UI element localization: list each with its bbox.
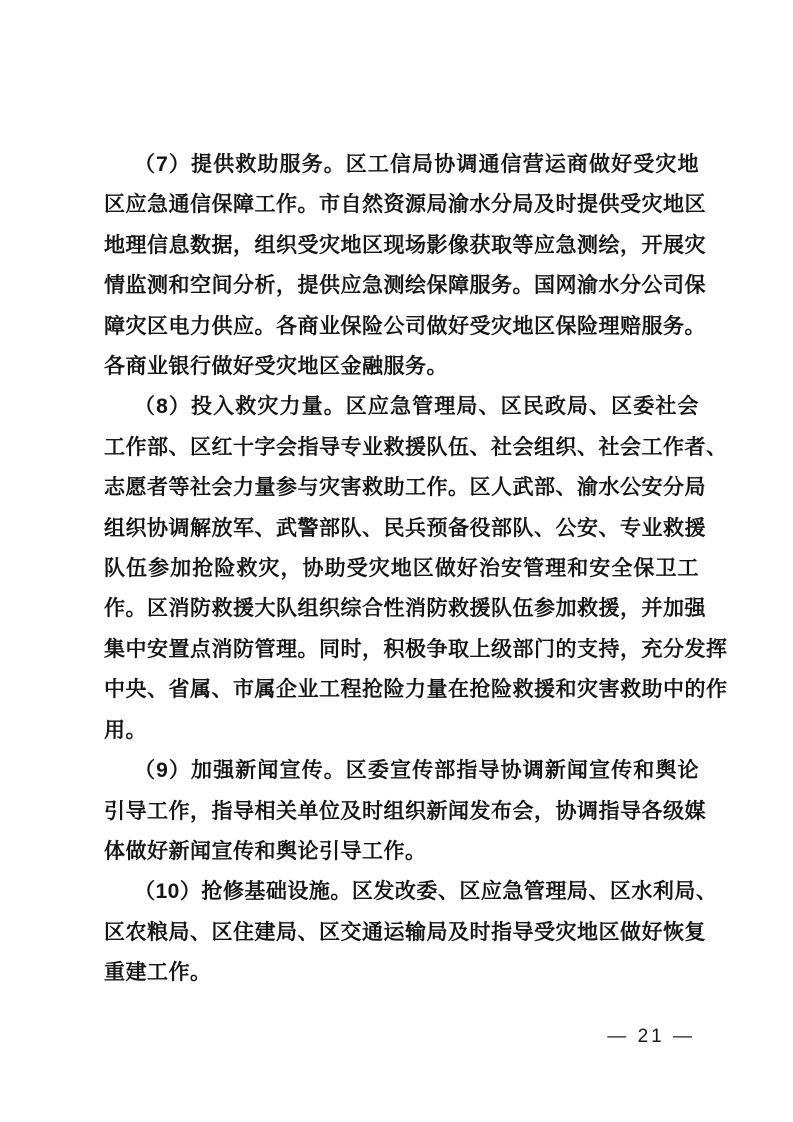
text-line: 体做好新闻宣传和舆论引导工作。 [104, 832, 699, 872]
text-line: （8）投入救灾力量。区应急管理局、区民政局、区委社会 [104, 387, 699, 427]
text-line: 区应急通信保障工作。市自然资源局渝水分局及时提供受灾地区 [104, 185, 699, 225]
text-line: 地理信息数据，组织受灾地区现场影像获取等应急测绘，开展灾 [104, 226, 699, 266]
text-line: 用。 [104, 711, 699, 751]
text-line: 中央、省属、市属企业工程抢险力量在抢险救援和灾害救助中的作 [104, 670, 699, 710]
paragraph-10: （10）抢修基础设施。区发改委、区应急管理局、区水利局、 区农粮局、区住建局、区… [104, 872, 699, 993]
text-line: 情监测和空间分析，提供应急测绘保障服务。国网渝水分公司保 [104, 266, 699, 306]
text-line: 作。区消防救援大队组织综合性消防救援队伍参加救援，并加强 [104, 589, 699, 629]
text-line: 各商业银行做好受灾地区金融服务。 [104, 347, 699, 387]
text-line: 集中安置点消防管理。同时，积极争取上级部门的支持，充分发挥 [104, 630, 699, 670]
text-line: 区农粮局、区住建局、区交通运输局及时指导受灾地区做好恢复 [104, 913, 699, 953]
text-line: 障灾区电力供应。各商业保险公司做好受灾地区保险理赔服务。 [104, 307, 699, 347]
text-line: 队伍参加抢险救灾，协助受灾地区做好治安管理和安全保卫工 [104, 549, 699, 589]
paragraph-8: （8）投入救灾力量。区应急管理局、区民政局、区委社会 工作部、区红十字会指导专业… [104, 387, 699, 751]
text-line: （7）提供救助服务。区工信局协调通信营运商做好受灾地 [104, 145, 699, 185]
paragraph-7: （7）提供救助服务。区工信局协调通信营运商做好受灾地 区应急通信保障工作。市自然… [104, 145, 699, 387]
page-number: — 21 — [607, 1026, 695, 1048]
text-line: （10）抢修基础设施。区发改委、区应急管理局、区水利局、 [104, 872, 699, 912]
text-line: 工作部、区红十字会指导专业救援队伍、社会组织、社会工作者、 [104, 428, 699, 468]
document-body: （7）提供救助服务。区工信局协调通信营运商做好受灾地 区应急通信保障工作。市自然… [104, 145, 699, 994]
document-page: （7）提供救助服务。区工信局协调通信营运商做好受灾地 区应急通信保障工作。市自然… [0, 0, 793, 1122]
text-line: 组织协调解放军、武警部队、民兵预备役部队、公安、专业救援 [104, 509, 699, 549]
text-line: 引导工作，指导相关单位及时组织新闻发布会，协调指导各级媒 [104, 792, 699, 832]
text-line: 重建工作。 [104, 953, 699, 993]
paragraph-9: （9）加强新闻宣传。区委宣传部指导协调新闻宣传和舆论 引导工作，指导相关单位及时… [104, 751, 699, 872]
text-line: （9）加强新闻宣传。区委宣传部指导协调新闻宣传和舆论 [104, 751, 699, 791]
text-line: 志愿者等社会力量参与灾害救助工作。区人武部、渝水公安分局 [104, 468, 699, 508]
